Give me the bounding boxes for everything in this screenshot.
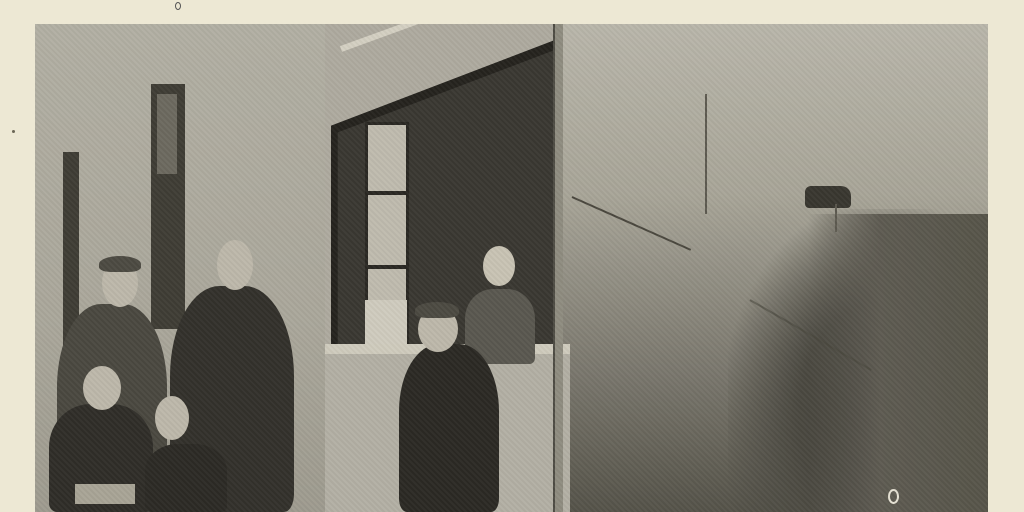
paper-speck: [12, 130, 15, 133]
halftone-texture: [35, 24, 988, 512]
photograph: [35, 24, 988, 512]
paper-speck: [175, 2, 181, 10]
